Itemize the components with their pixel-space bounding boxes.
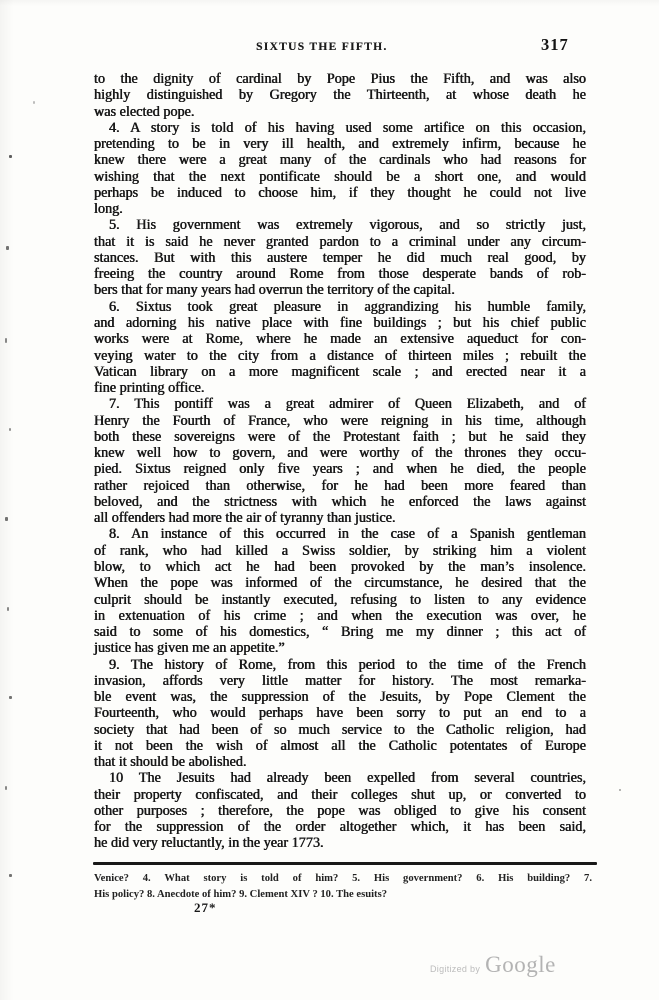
text-line: bers that for many years had overrun the… bbox=[94, 282, 586, 298]
scan-speck bbox=[9, 428, 11, 431]
signature-mark: 27* bbox=[194, 900, 217, 916]
text-line: ble event was, the suppression of the Je… bbox=[94, 689, 586, 705]
text-line: freeing the country around Rome from tho… bbox=[94, 266, 586, 282]
text-line: their property confiscated, and their co… bbox=[94, 787, 586, 803]
scan-speck bbox=[33, 101, 35, 104]
text-line: 7. This pontiff was a great admirer of Q… bbox=[94, 396, 586, 412]
text-line: culprit should be instantly executed, re… bbox=[94, 592, 586, 608]
scan-speck bbox=[5, 786, 7, 790]
running-title: SIXTUS THE FIFTH. bbox=[256, 41, 388, 53]
text-line: 10 The Jesuits had already been expelled… bbox=[94, 770, 586, 786]
footnote-questions: Venice? 4. What story is told of him? 5.… bbox=[94, 872, 592, 905]
text-line: His policy? 8. Anecdote of him? 9. Cleme… bbox=[94, 888, 592, 904]
paragraph: 8. An instance of this occurred in the c… bbox=[94, 526, 586, 656]
text-line: 5. His government was extremely vigorous… bbox=[94, 217, 586, 233]
text-line: blow, to which act he had been provoked … bbox=[94, 559, 586, 575]
text-line: When the pope was informed of the circum… bbox=[94, 575, 586, 591]
text-line: fine printing office. bbox=[94, 380, 586, 396]
paragraph: 9. The history of Rome, from this period… bbox=[94, 657, 586, 771]
text-line: 9. The history of Rome, from this period… bbox=[94, 657, 586, 673]
watermark-brand: Google bbox=[485, 952, 556, 978]
text-line: works were at Rome, where he made an ext… bbox=[94, 331, 586, 347]
text-line: all offenders had more the air of tyrann… bbox=[94, 510, 586, 526]
paragraph: Venice? 4. What story is told of him? 5.… bbox=[94, 872, 592, 905]
text-line: Venice? 4. What story is told of him? 5.… bbox=[94, 872, 592, 888]
text-line: was elected pope. bbox=[94, 104, 586, 120]
book-page: SIXTUS THE FIFTH. 317 to the dignity of … bbox=[0, 0, 659, 1000]
text-line: highly distinguished by Gregory the Thir… bbox=[94, 87, 586, 103]
text-line: other purposes ; therefore, the pope was… bbox=[94, 803, 586, 819]
text-line: justice has given me an appetite.” bbox=[94, 640, 586, 656]
text-line: said to some of his domestics, “ Bring m… bbox=[94, 624, 586, 640]
text-line: to the dignity of cardinal by Pope Pius … bbox=[94, 71, 586, 87]
google-watermark: Digitized by Google bbox=[430, 952, 556, 978]
paragraph: 6. Sixtus took great pleasure in aggrand… bbox=[94, 299, 586, 397]
text-line: Henry the Fourth of France, who were rei… bbox=[94, 413, 586, 429]
scan-speck bbox=[7, 607, 9, 611]
scan-speck bbox=[5, 517, 8, 521]
text-line: stances. But with this austere temper he… bbox=[94, 250, 586, 266]
scan-speck bbox=[6, 246, 9, 250]
text-line: both these sovereigns were of the Protes… bbox=[94, 429, 586, 445]
text-line: long. bbox=[94, 201, 586, 217]
scan-speck bbox=[5, 338, 7, 343]
text-line: 8. An instance of this occurred in the c… bbox=[94, 526, 586, 542]
text-line: pretending to be in very ill health, and… bbox=[94, 136, 586, 152]
paragraph: 7. This pontiff was a great admirer of Q… bbox=[94, 396, 586, 526]
text-line: Fourteenth, who would perhaps have been … bbox=[94, 705, 586, 721]
text-line: knew there were a great many of the card… bbox=[94, 152, 586, 168]
text-line: Vatican library on a more magnificent sc… bbox=[94, 364, 586, 380]
footnote-divider bbox=[93, 862, 597, 865]
text-line: of rank, who had killed a Swiss soldier,… bbox=[94, 543, 586, 559]
text-line: and adorning his native place with fine … bbox=[94, 315, 586, 331]
page-number: 317 bbox=[541, 35, 569, 55]
text-line: it not been the wish of almost all the C… bbox=[94, 738, 586, 754]
text-line: perhaps be induced to choose him, if the… bbox=[94, 185, 586, 201]
body-text: to the dignity of cardinal by Pope Pius … bbox=[94, 71, 586, 852]
scan-speck bbox=[619, 789, 621, 791]
watermark-prefix: Digitized by bbox=[430, 964, 480, 974]
text-line: he did very reluctantly, in the year 177… bbox=[94, 835, 586, 851]
scan-speck bbox=[9, 696, 12, 699]
text-line: that it should be abolished. bbox=[94, 754, 586, 770]
text-line: for the suppression of the order altoget… bbox=[94, 819, 586, 835]
text-line: society that had been of so much service… bbox=[94, 722, 586, 738]
text-line: that it is said he never granted pardon … bbox=[94, 234, 586, 250]
text-line: veying water to the city from a distance… bbox=[94, 348, 586, 364]
text-line: beloved, and the strictness with which h… bbox=[94, 494, 586, 510]
text-line: wishing that the next pontificate should… bbox=[94, 169, 586, 185]
text-line: knew well how to govern, and were worthy… bbox=[94, 445, 586, 461]
text-line: in extenuation of his crime ; and when t… bbox=[94, 608, 586, 624]
paragraph: 5. His government was extremely vigorous… bbox=[94, 217, 586, 298]
paragraph: 10 The Jesuits had already been expelled… bbox=[94, 770, 586, 851]
paragraph: 4. A story is told of his having used so… bbox=[94, 120, 586, 218]
text-line: invasion, affords very little matter for… bbox=[94, 673, 586, 689]
text-line: 4. A story is told of his having used so… bbox=[94, 120, 586, 136]
text-line: rather rejoiced than otherwise, for he h… bbox=[94, 478, 586, 494]
scan-speck bbox=[9, 155, 12, 158]
text-line: 6. Sixtus took great pleasure in aggrand… bbox=[94, 299, 586, 315]
paragraph: to the dignity of cardinal by Pope Pius … bbox=[94, 71, 586, 120]
text-line: pied. Sixtus reigned only five years ; a… bbox=[94, 461, 586, 477]
scan-speck bbox=[9, 874, 12, 877]
